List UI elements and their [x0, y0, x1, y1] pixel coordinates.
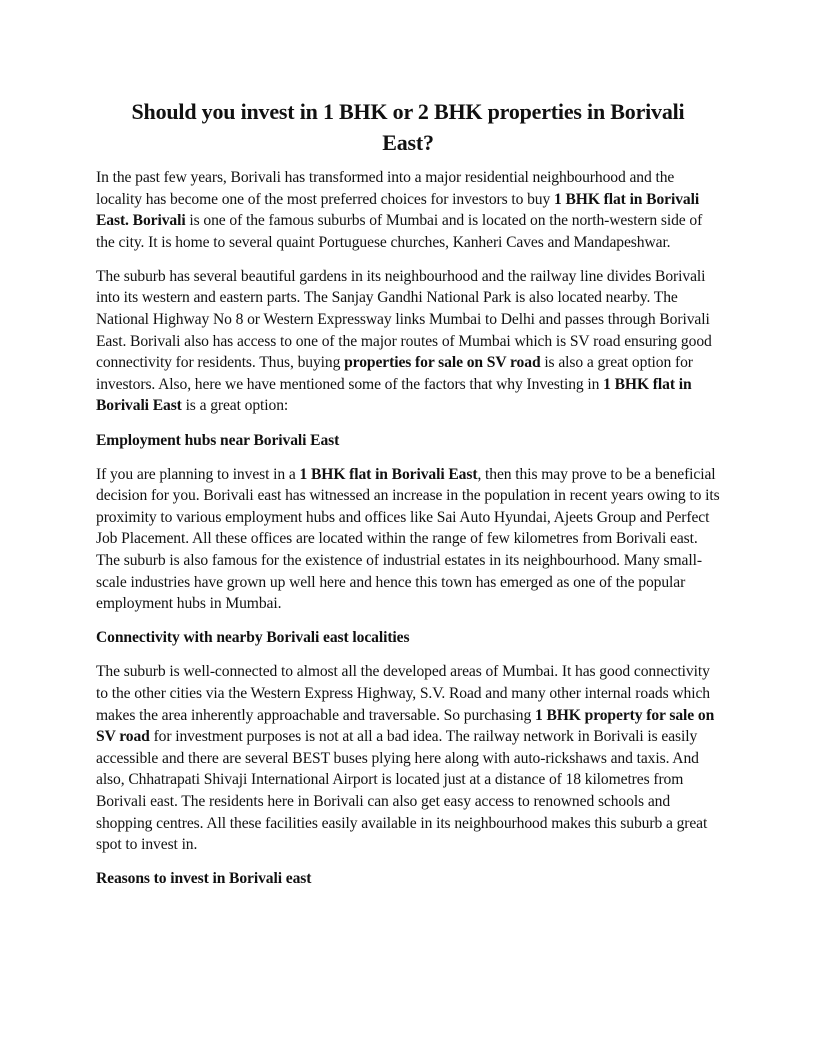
- bold-text-run: Borivali: [133, 212, 186, 229]
- text-run: , then this may prove to be a beneficial…: [96, 466, 720, 613]
- heading-employment-hubs: Employment hubs near Borivali East: [96, 430, 720, 452]
- text-run: If you are planning to invest in a: [96, 466, 300, 483]
- intro-paragraph: In the past few years, Borivali has tran…: [96, 167, 720, 253]
- heading-connectivity: Connectivity with nearby Borivali east l…: [96, 627, 720, 649]
- text-run: for investment purposes is not at all a …: [96, 728, 707, 853]
- bold-text-run: properties for sale on SV road: [344, 354, 540, 371]
- connectivity-paragraph: The suburb is well-connected to almost a…: [96, 661, 720, 855]
- text-run: is one of the famous suburbs of Mumbai a…: [96, 212, 702, 251]
- suburb-paragraph: The suburb has several beautiful gardens…: [96, 266, 720, 417]
- employment-paragraph: If you are planning to invest in a 1 BHK…: [96, 464, 720, 615]
- heading-reasons-to-invest: Reasons to invest in Borivali east: [96, 868, 720, 890]
- bold-text-run: 1 BHK flat in Borivali East: [300, 466, 478, 483]
- text-run: is a great option:: [182, 397, 288, 414]
- document-page: Should you invest in 1 BHK or 2 BHK prop…: [96, 96, 720, 902]
- document-title: Should you invest in 1 BHK or 2 BHK prop…: [96, 96, 720, 158]
